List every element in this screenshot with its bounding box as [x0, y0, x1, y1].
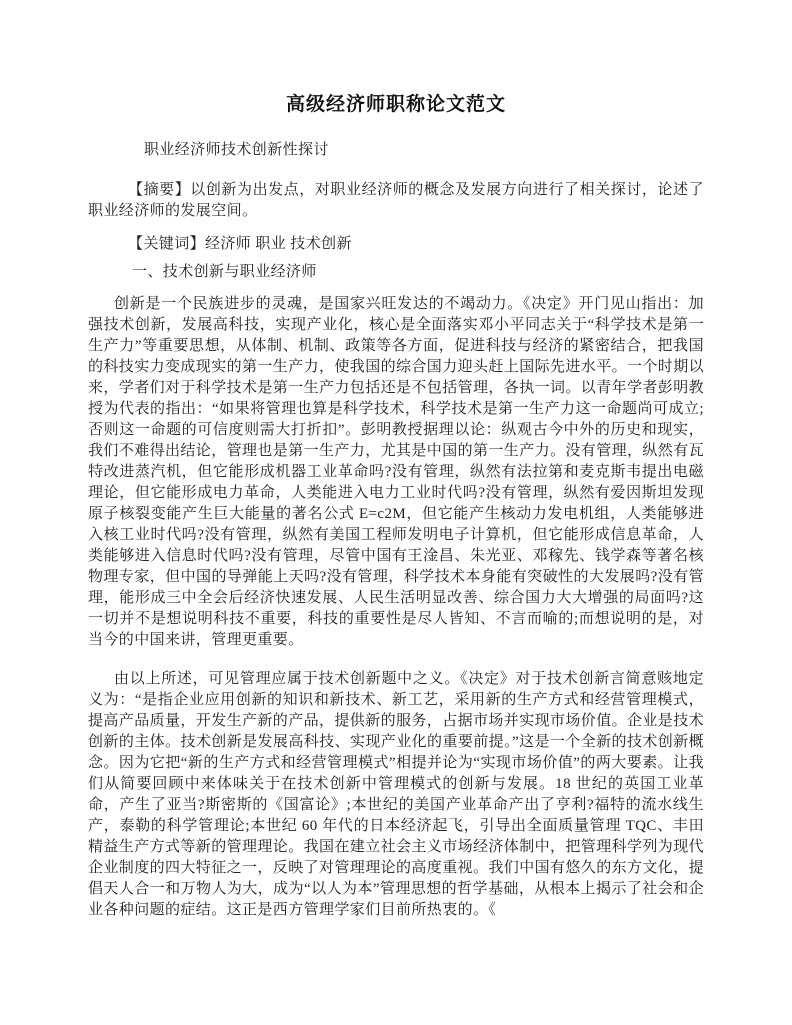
keywords-line: 【关键词】经济师 职业 技术创新 — [88, 234, 704, 255]
document-page: 高级经济师职称论文范文 职业经济师技术创新性探讨 【摘要】以创新为出发点，对职业… — [0, 0, 792, 1025]
section-heading: 一、技术创新与职业经济师 — [88, 262, 704, 283]
body-paragraph-2: 由以上所述，可见管理应属于技术创新题中之义。《决定》对于技术创新言简意赅地定义为… — [88, 669, 704, 921]
paper-subtitle: 职业经济师技术创新性探讨 — [88, 140, 704, 161]
document-title: 高级经济师职称论文范文 — [88, 92, 704, 118]
abstract-paragraph: 【摘要】以创新为出发点，对职业经济师的概念及发展方向进行了相关探讨，论述了职业经… — [88, 180, 704, 222]
body-paragraph-1: 创新是一个民族进步的灵魂，是国家兴旺发达的不竭动力。《决定》开门见山指出：加强技… — [88, 294, 704, 651]
